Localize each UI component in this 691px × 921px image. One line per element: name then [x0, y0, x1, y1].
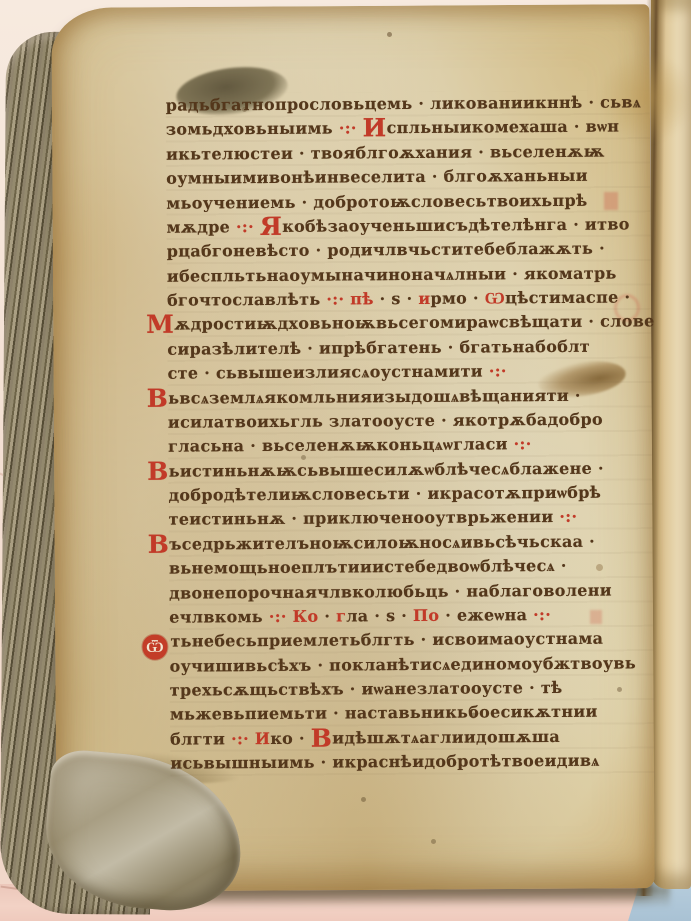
text-line: мьоучениемь · добротоѭсловесьтвоихьпрѣ [166, 188, 650, 216]
text-line: исилатвоихьгль златооусте · якотрѫбадобр… [168, 407, 652, 435]
text-line: теистиньнѫ · приключенооутврьжении ·:· [168, 505, 652, 533]
drop-cap-initial: М [146, 310, 174, 339]
body-text: двонепорочнаячлвколюбьць · наблаговолени [169, 580, 612, 602]
body-text: теистиньнѫ · приключенооутврьжении [169, 507, 560, 529]
body-text: вьнемощьноеплътииистебедвоѡблѣчесѧ · [169, 556, 567, 578]
text-line: сте · сьвышеизлиясѧоустнамити ·:· [167, 358, 651, 386]
body-text: идѣшѫтѧаглиидошѫша [332, 727, 560, 748]
text-line: мьжевьпиемьти · наставьникьбоесикѫтнии [170, 700, 654, 728]
rubric-text: ·:· [339, 119, 363, 138]
body-text: бгочтославлѣть [167, 290, 326, 310]
rubric-text: Ко [293, 607, 319, 626]
rubric-text: пѣ [350, 289, 374, 308]
body-text: исьвышныимь · икраснѣидобротѣтвоеидивѧ [170, 751, 599, 773]
body-text: ъседрьжителъноѭсилоѭносѧивьсѣчьскаа · [169, 531, 595, 553]
rubric-text: Ѡ [485, 288, 505, 307]
rubric-text: ·:· [514, 434, 532, 453]
body-text: кобѣзаоученьшисъдѣтелѣнга · итво [282, 214, 630, 235]
body-text: · [318, 606, 336, 625]
body-text: спльныикомехаша · вѡн [386, 117, 619, 138]
text-line: ечлвкомь ·:· Ко · гла · ѕ · По · ежеѡна … [169, 602, 653, 630]
drop-cap-initial: В [148, 529, 170, 558]
body-text: радьбгатнопрословьцемь · ликованиикннѣ ·… [166, 92, 642, 114]
rubric-text: ·:· [559, 507, 577, 526]
rubric-text: ·:· [269, 607, 293, 626]
body-text: ьистиньнѫѭсьвышесилѫѡблѣчесѧблажене · [169, 458, 604, 480]
body-text: ьвсѧземлѧякомльнияизыдошѧвѣщанияти · [168, 385, 581, 407]
body-text: ко · [270, 728, 311, 747]
text-line: исьвышныимь · икраснѣидобротѣтвоеидивѧ [170, 748, 654, 776]
body-text: сиразѣлителѣ · ипрѣбгатень · бгатьнабобл… [167, 336, 590, 358]
body-text: трехьсѫщьствѣхъ · иѡанезлатооусте · тѣ [170, 678, 563, 700]
body-text: исилатвоихьгль златооусте · якотрѫбадобр… [168, 410, 603, 432]
text-line: Вьистиньнѫѭсьвышесилѫѡблѣчесѧблажене · [168, 456, 652, 484]
dirt-specks [0, 0, 3, 3]
body-text: гласьна · вьселенѫѭконьцѧѡгласи [168, 435, 514, 456]
rubric-text: ·:· [231, 729, 255, 748]
body-text: добродѣтелиѭсловесьти · икрасотѫприѡбрѣ [168, 483, 601, 505]
body-text: мѫдре [166, 217, 236, 236]
text-line: двонепорочнаячлвколюбьць · наблаговолени [169, 578, 653, 606]
body-text: икьтелюстеи · твояблгоѫхания · вьселенѫѭ [166, 141, 605, 163]
rubric-text: И [255, 729, 271, 748]
text-line: сиразѣлителѣ · ипрѣбгатень · бгатьнабобл… [167, 334, 651, 362]
rubric-text: ·:· [489, 361, 507, 380]
rubric-text: По [413, 606, 440, 625]
body-text: тьнебесьприемлетьблгть · исвоимаоустнама [170, 629, 603, 651]
body-text: цѣстимаспе · [505, 287, 630, 307]
text-line: ибеспльтьнаоумыначиноначѧлныи · якоматрь [167, 261, 651, 289]
body-text: мьоучениемь · добротоѭсловесьтвоихьпрѣ [166, 190, 587, 212]
text-line: бгочтославлѣть ·:· пѣ · ѕ · ирмо · Ѡцѣст… [167, 285, 651, 313]
text-line: Мѫдростиѭдховьноѭвьсегомираѡсвѣщати · сл… [167, 310, 651, 338]
body-text: ла · ѕ · [346, 606, 413, 625]
body-text: · ѕ · [374, 289, 419, 308]
body-text: мьжевьпиемьти · наставьникьбоесикѫтнии [170, 702, 598, 724]
drop-cap-initial: И [363, 114, 387, 143]
text-line: Ѿтьнебесьприемлетьблгть · исвоимаоустнам… [169, 627, 653, 655]
body-text: ѫдростиѭдховьноѭвьсегомираѡсвѣщати · сло… [174, 312, 655, 334]
text-line: Въседрьжителъноѭсилоѭносѧивьсѣчьскаа · [169, 529, 653, 557]
drop-cap-initial: В [311, 723, 333, 752]
text-line: вьнемощьноеплътииистебедвоѡблѣчесѧ · [169, 553, 653, 581]
body-text: ечлвкомь [169, 607, 269, 627]
rubric-text: г [336, 606, 346, 625]
drop-cap-initial: Я [260, 212, 283, 241]
body-text: сте · сьвышеизлиясѧоустнамити [167, 362, 488, 383]
body-text: оумныимивонѣинвеселита · блгоѫханьныи [166, 166, 588, 188]
rubric-text: ·:· [236, 217, 260, 236]
body-text: рцабгоневѣсто · родичлвчьститебеблажѫть … [167, 239, 605, 261]
text-line: радьбгатнопрословьцемь · ликованиикннѣ ·… [166, 90, 650, 118]
body-text: блгти [170, 729, 231, 748]
text-line: добродѣтелиѭсловесьти · икрасотѫприѡбрѣ [168, 480, 652, 508]
text-line: оучишивьсѣхъ · покланѣтисѧединомоубжтвоу… [170, 651, 654, 679]
text-line: зомьдховьныимь ·:· Испльныикомехаша · вѡ… [166, 115, 650, 143]
drop-cap-initial: В [147, 456, 169, 485]
text-line: рцабгоневѣсто · родичлвчьститебеблажѫть … [167, 237, 651, 265]
body-text: · ежеѡна [439, 605, 533, 625]
body-text: ибеспльтьнаоумыначиноначѧлныи · якоматрь [167, 263, 617, 285]
text-line: гласьна · вьселенѫѭконьцѧѡгласи ·:· [168, 432, 652, 460]
text-line: оумныимивонѣинвеселита · блгоѫханьныи [166, 163, 650, 191]
manuscript-photo: радьбгатнопрословьцемь · ликованиикннѣ ·… [0, 0, 691, 921]
text-line: мѫдре ·:· Якобѣзаоученьшисъдѣтелѣнга · и… [166, 212, 650, 240]
rubric-text: и [418, 289, 430, 308]
rubric-text: ·:· [533, 605, 551, 624]
drop-cap-initial: В [147, 383, 169, 412]
rubric-text: ·:· [326, 289, 350, 308]
text-line: трехьсѫщьствѣхъ · иѡанезлатооусте · тѣ [170, 675, 654, 703]
text-line: блгти ·:· Ико · Видѣшѫтѧаглиидошѫша [170, 724, 654, 752]
body-text: рмо · [430, 288, 484, 307]
text-line: икьтелюстеи · твояблгоѫхания · вьселенѫѭ [166, 139, 650, 167]
text-block: радьбгатнопрословьцемь · ликованиикннѣ ·… [166, 90, 655, 781]
body-text: оучишивьсѣхъ · покланѣтисѧединомоубжтвоу… [170, 653, 636, 675]
body-text: зомьдховьныимь [166, 119, 339, 139]
text-line: Вьвсѧземлѧякомльнияизыдошѧвѣщанияти · [168, 383, 652, 411]
